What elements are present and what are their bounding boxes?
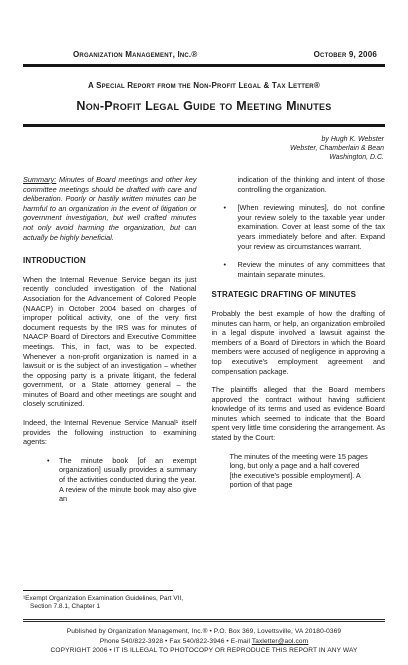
footnote-block: ¹Exempt Organization Examination Guideli… — [23, 590, 197, 614]
footer-contact-line: Phone 540/822-3928 • Fax 540/822-3946 • … — [23, 637, 385, 646]
footer-publisher-line: Published by Organization Management, In… — [23, 627, 385, 636]
page-title: Non-Profit Legal Guide to Meeting Minute… — [23, 99, 385, 113]
header-rule-bottom — [23, 124, 385, 127]
footer-contact-text: Phone 540/822-3928 • Fax 540/822-3946 • … — [100, 638, 252, 645]
bullet-item: The minute book [of an exempt organizati… — [23, 456, 197, 504]
paragraph: The plaintiffs alleged that the Board me… — [212, 385, 386, 443]
bullet-item: Review the minutes of any committees tha… — [212, 260, 386, 279]
page-footer: Published by Organization Management, In… — [23, 619, 385, 655]
byline-author: by Hugh K. Webster — [23, 135, 384, 144]
left-column: Summary: Minutes of Board meetings and o… — [23, 175, 197, 613]
publisher-name: Organization Management, Inc.® — [73, 50, 197, 59]
paragraph: When the Internal Revenue Service began … — [23, 275, 197, 409]
bullet-continuation: indication of the thinking and intent of… — [212, 175, 386, 194]
summary-paragraph: Summary: Minutes of Board meetings and o… — [23, 175, 197, 242]
byline-firm: Webster, Chamberlain & Bean — [23, 144, 384, 153]
section-heading-introduction: INTRODUCTION — [23, 256, 197, 266]
section-heading-strategic-drafting: STRATEGIC DRAFTING OF MINUTES — [212, 290, 386, 300]
block-quote: The minutes of the meeting were 15 pages… — [212, 452, 386, 490]
footer-copyright-line: COPYRIGHT 2006 • IT IS ILLEGAL TO PHOTOC… — [23, 646, 385, 655]
email-link[interactable]: Taxletter@aol.com — [252, 638, 308, 645]
masthead: Organization Management, Inc.® October 9… — [23, 50, 385, 59]
footnote-separator — [23, 590, 173, 591]
paragraph: Indeed, the Internal Revenue Service Man… — [23, 418, 197, 447]
footnote-text: ¹Exempt Organization Examination Guideli… — [23, 595, 197, 612]
document-page: Organization Management, Inc.® October 9… — [0, 0, 408, 665]
paragraph: Probably the best example of how the dra… — [212, 309, 386, 376]
summary-label: Summary: — [23, 175, 56, 184]
bullet-item: [When reviewing minutes], do not confine… — [212, 203, 386, 251]
header-rule-top — [23, 64, 385, 67]
footer-rule — [23, 619, 385, 622]
byline: by Hugh K. Webster Webster, Chamberlain … — [23, 135, 385, 162]
byline-city: Washington, D.C. — [23, 153, 384, 162]
right-column: indication of the thinking and intent of… — [212, 175, 386, 613]
content-columns: Summary: Minutes of Board meetings and o… — [23, 175, 385, 613]
summary-text: Minutes of Board meetings and other key … — [23, 175, 197, 242]
report-subtitle: A Special Report from the Non-Profit Leg… — [23, 81, 385, 90]
issue-date: October 9, 2006 — [314, 50, 377, 59]
